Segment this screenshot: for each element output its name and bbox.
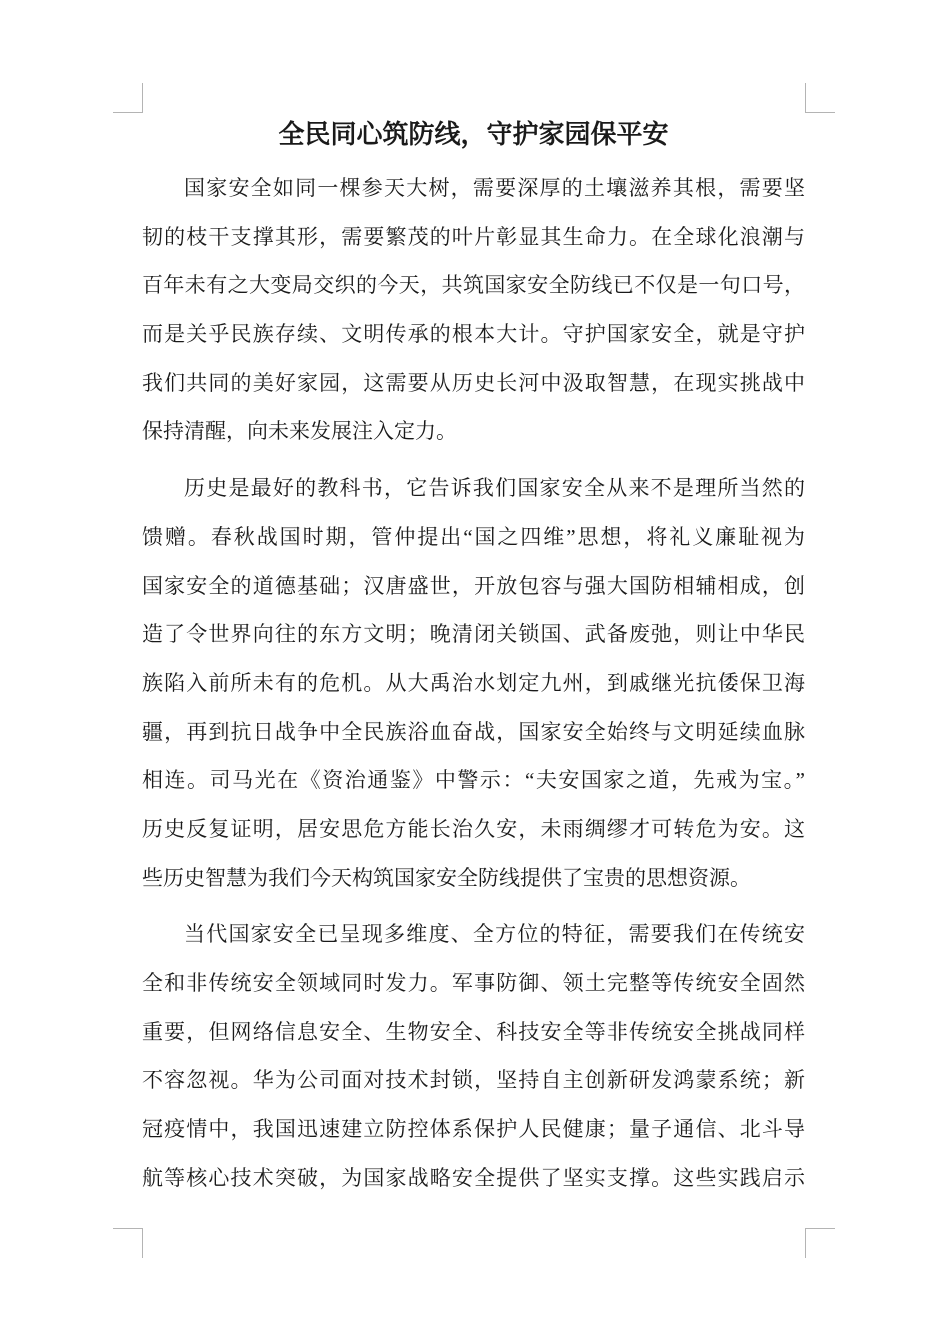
paragraph-line: 航等核心技术突破，为国家战略安全提供了坚实支撑。这些实践启示 xyxy=(142,1154,805,1203)
paragraph-line: 造了令世界向往的东方文明；晚清闭关锁国、武备废弛，则让中华民 xyxy=(142,610,805,659)
document-title: 全民同心筑防线，守护家园保平安 xyxy=(142,112,805,158)
crop-mark-bottom-right xyxy=(805,1228,835,1258)
crop-mark-bottom-left xyxy=(113,1228,143,1258)
paragraphs-container: 国家安全如同一棵参天大树，需要深厚的土壤滋养其根，需要坚韧的枝干支撑其形，需要繁… xyxy=(142,164,805,1202)
paragraph-line: 些历史智慧为我们今天构筑国家安全防线提供了宝贵的思想资源。 xyxy=(142,854,805,903)
paragraph-line: 我们共同的美好家园，这需要从历史长河中汲取智慧，在现实挑战中 xyxy=(142,359,805,408)
paragraph: 国家安全如同一棵参天大树，需要深厚的土壤滋养其根，需要坚韧的枝干支撑其形，需要繁… xyxy=(142,164,805,456)
crop-mark-top-left xyxy=(113,83,143,113)
paragraph: 当代国家安全已呈现多维度、全方位的特征，需要我们在传统安全和非传统安全领域同时发… xyxy=(142,910,805,1202)
paragraph-line: 族陷入前所未有的危机。从大禹治水划定九州，到戚继光抗倭保卫海 xyxy=(142,659,805,708)
paragraph-line: 保持清醒，向未来发展注入定力。 xyxy=(142,407,805,456)
document-content: 全民同心筑防线，守护家园保平安 国家安全如同一棵参天大树，需要深厚的土壤滋养其根… xyxy=(142,112,805,1202)
paragraph-line: 历史反复证明，居安思危方能长治久安，未雨绸缪才可转危为安。这 xyxy=(142,805,805,854)
paragraph-line: 相连。司马光在《资治通鉴》中警示：“夫安国家之道，先戒为宝。” xyxy=(142,756,805,805)
paragraph-line: 重要，但网络信息安全、生物安全、科技安全等非传统安全挑战同样 xyxy=(142,1008,805,1057)
paragraph-line: 全和非传统安全领域同时发力。军事防御、领土完整等传统安全固然 xyxy=(142,959,805,1008)
paragraph-line: 历史是最好的教科书，它告诉我们国家安全从来不是理所当然的 xyxy=(142,464,805,513)
paragraph: 历史是最好的教科书，它告诉我们国家安全从来不是理所当然的馈赠。春秋战国时期，管仲… xyxy=(142,464,805,902)
paragraph-line: 韧的枝干支撑其形，需要繁茂的叶片彰显其生命力。在全球化浪潮与 xyxy=(142,213,805,262)
paragraph-line: 国家安全如同一棵参天大树，需要深厚的土壤滋养其根，需要坚 xyxy=(142,164,805,213)
crop-mark-top-right xyxy=(805,83,835,113)
paragraph-line: 国家安全的道德基础；汉唐盛世，开放包容与强大国防相辅相成，创 xyxy=(142,562,805,611)
paragraph-line: 冠疫情中，我国迅速建立防控体系保护人民健康；量子通信、北斗导 xyxy=(142,1105,805,1154)
paragraph-line: 而是关乎民族存续、文明传承的根本大计。守护国家安全，就是守护 xyxy=(142,310,805,359)
paragraph-line: 馈赠。春秋战国时期，管仲提出“国之四维”思想，将礼义廉耻视为 xyxy=(142,513,805,562)
paragraph-line: 百年未有之大变局交织的今天，共筑国家安全防线已不仅是一句口号， xyxy=(142,261,805,310)
paragraph-line: 疆，再到抗日战争中全民族浴血奋战，国家安全始终与文明延续血脉 xyxy=(142,708,805,757)
paragraph-line: 不容忽视。华为公司面对技术封锁，坚持自主创新研发鸿蒙系统；新 xyxy=(142,1056,805,1105)
paragraph-line: 当代国家安全已呈现多维度、全方位的特征，需要我们在传统安 xyxy=(142,910,805,959)
document-page: 全民同心筑防线，守护家园保平安 国家安全如同一棵参天大树，需要深厚的土壤滋养其根… xyxy=(0,0,944,1325)
